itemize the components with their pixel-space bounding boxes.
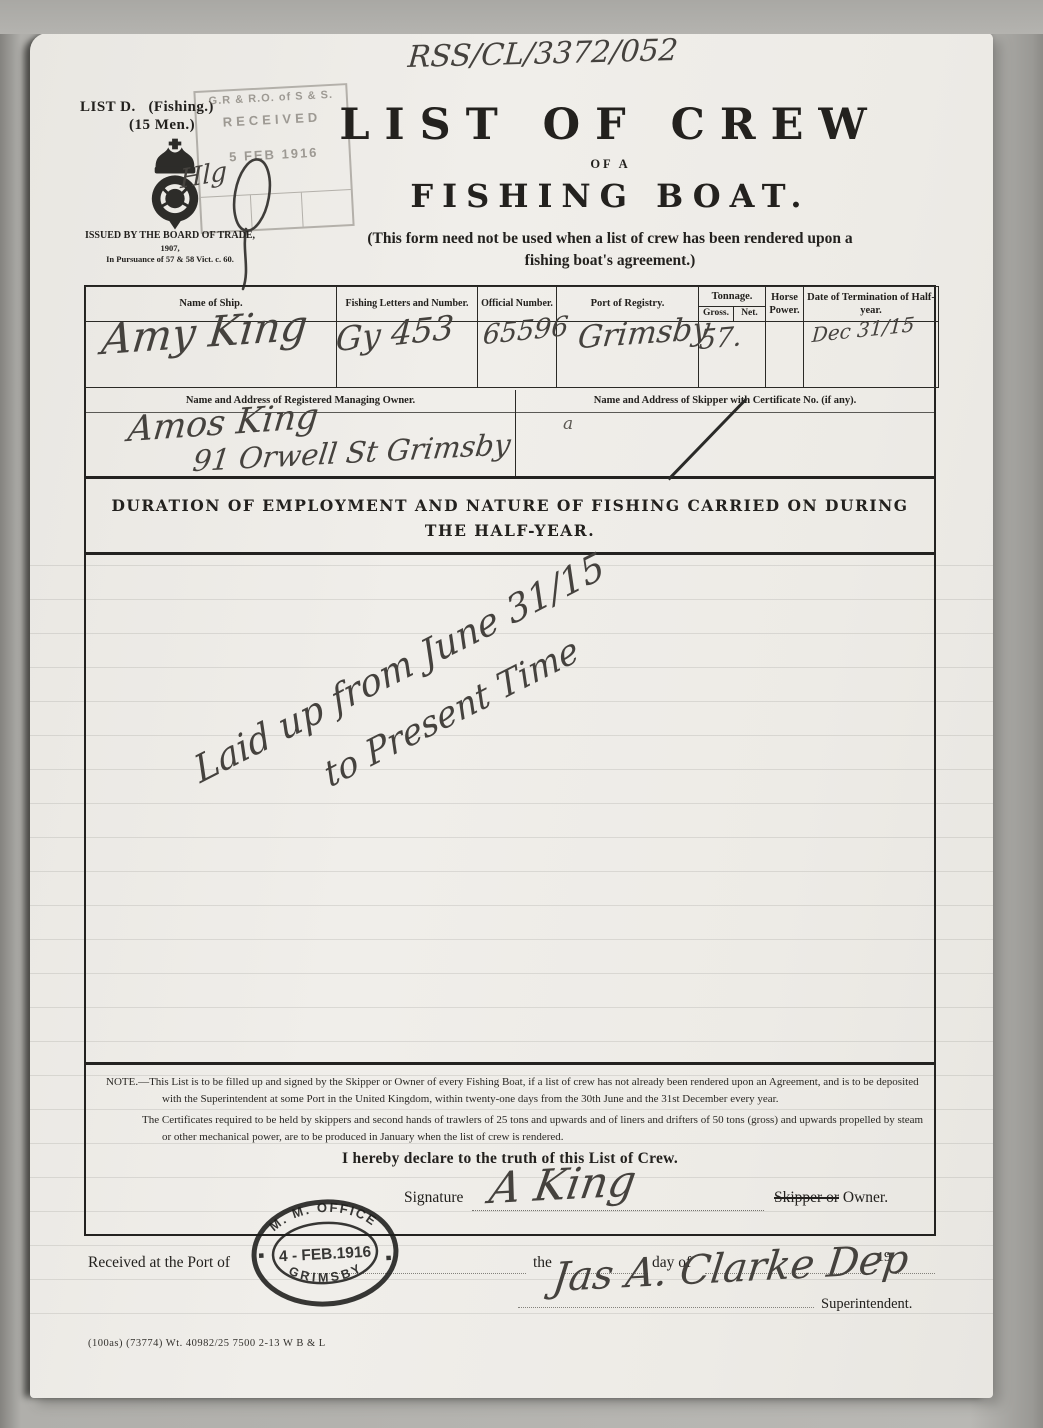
- received-stamp-org: G.R & R.O. of S & S.: [196, 88, 346, 108]
- issued-line-2: 1907,: [70, 243, 270, 254]
- cell-tonnage: [699, 322, 766, 388]
- header-termination: Date of Termination of Half-year.: [804, 287, 939, 322]
- header-name-of-ship: Name of Ship.: [86, 287, 337, 322]
- signature-line: [472, 1210, 764, 1211]
- scanned-document: LIST D. (Fishing.) (15 Men.) G.R & R.O. …: [0, 0, 1043, 1428]
- skipper-column: Name and Address of Skipper with Certifi…: [516, 390, 934, 476]
- issued-line-3: In Pursuance of 57 & 58 Vict. c. 60.: [70, 254, 270, 265]
- header-tonnage: Tonnage.: [699, 287, 766, 307]
- header-fishing-letters: Fishing Letters and Number.: [337, 287, 478, 322]
- cell-fishing-letters: [337, 322, 478, 388]
- cell-horse-power: [766, 322, 804, 388]
- form-code-list-d: LIST D.: [80, 99, 136, 115]
- received-stamp-word: RECEIVED: [197, 108, 348, 131]
- year-fill-line: [895, 1273, 935, 1274]
- ship-details-table: Name of Ship. Fishing Letters and Number…: [85, 286, 939, 388]
- declaration-text: I hereby declare to the truth of this Li…: [86, 1150, 934, 1168]
- duration-heading: DURATION OF EMPLOYMENT AND NATURE OF FIS…: [86, 479, 934, 555]
- skipper-header: Name and Address of Skipper with Certifi…: [516, 390, 934, 413]
- year-prefix: 19: [877, 1250, 891, 1266]
- day-of-label: day of: [652, 1254, 691, 1272]
- owner-column: Name and Address of Registered Managing …: [86, 390, 516, 476]
- mm-office-oval-stamp: M. M. OFFICE 4 - FEB.1916 GRIMSBY: [247, 1195, 402, 1311]
- cell-name-of-ship: [86, 322, 337, 388]
- header-tonnage-gross: Gross.: [699, 307, 734, 322]
- owner-header: Name and Address of Registered Managing …: [86, 390, 515, 413]
- board-of-trade-crest-icon: [146, 138, 204, 236]
- form-box: Name of Ship. Fishing Letters and Number…: [84, 285, 936, 1236]
- struck-skipper-or: Skipper or: [774, 1189, 839, 1206]
- owner-skipper-row: Name and Address of Registered Managing …: [86, 390, 934, 479]
- header-port-of-registry: Port of Registry.: [557, 287, 699, 322]
- day-fill-line: [562, 1273, 648, 1274]
- declaration-block: I hereby declare to the truth of this Li…: [86, 1141, 934, 1231]
- signature-label: Signature: [404, 1189, 463, 1207]
- title-of-a: OF A: [338, 157, 883, 172]
- month-fill-line: [705, 1273, 873, 1274]
- header-horse-power: Horse Power.: [766, 287, 804, 322]
- form-code-men: (15 Men.): [129, 117, 195, 134]
- section-divider: [86, 1062, 934, 1065]
- page-title-2: FISHING BOAT.: [338, 177, 883, 215]
- title-note-line-2: fishing boat's agreement.): [295, 250, 925, 272]
- issued-line-1: ISSUED BY THE BOARD OF TRADE,: [70, 230, 270, 243]
- cell-port-of-registry: [557, 322, 699, 388]
- title-note: (This form need not be used when a list …: [295, 228, 925, 273]
- header-official-number: Official Number.: [478, 287, 557, 322]
- owner-word: Owner.: [843, 1189, 888, 1206]
- the-label: the: [533, 1254, 552, 1272]
- note-paragraph-1: NOTE.—This List is to be filled up and s…: [96, 1074, 928, 1107]
- duration-heading-line-1: DURATION OF EMPLOYMENT AND NATURE OF FIS…: [86, 496, 934, 515]
- header-tonnage-net: Net.: [734, 307, 766, 322]
- annotation-loop-mark: [216, 143, 286, 293]
- superintendent-sign-line: [518, 1307, 814, 1308]
- received-at-port-label: Received at the Port of: [88, 1254, 230, 1272]
- title-note-line-1: (This form need not be used when a list …: [295, 228, 925, 250]
- cell-official-number: [478, 322, 557, 388]
- duration-heading-line-2: THE HALF-YEAR.: [86, 521, 934, 540]
- skipper-or-owner-label: Skipper or Owner.: [774, 1189, 888, 1207]
- cell-termination: [804, 322, 939, 388]
- title-block: LIST OF CREW OF A FISHING BOAT.: [338, 100, 883, 215]
- note-block: NOTE.—This List is to be filled up and s…: [86, 1068, 934, 1145]
- stamp-top-text: M. M. OFFICE: [265, 1197, 381, 1235]
- printed-layer: LIST D. (Fishing.) (15 Men.) G.R & R.O. …: [0, 0, 1043, 1428]
- printer-imprint: (100as) (73774) Wt. 40982/25 7500 2-13 W…: [88, 1338, 326, 1349]
- page-title: LIST OF CREW: [338, 100, 883, 150]
- svg-text:M. M. OFFICE: M. M. OFFICE: [265, 1197, 381, 1235]
- superintendent-label: Superintendent.: [821, 1296, 912, 1313]
